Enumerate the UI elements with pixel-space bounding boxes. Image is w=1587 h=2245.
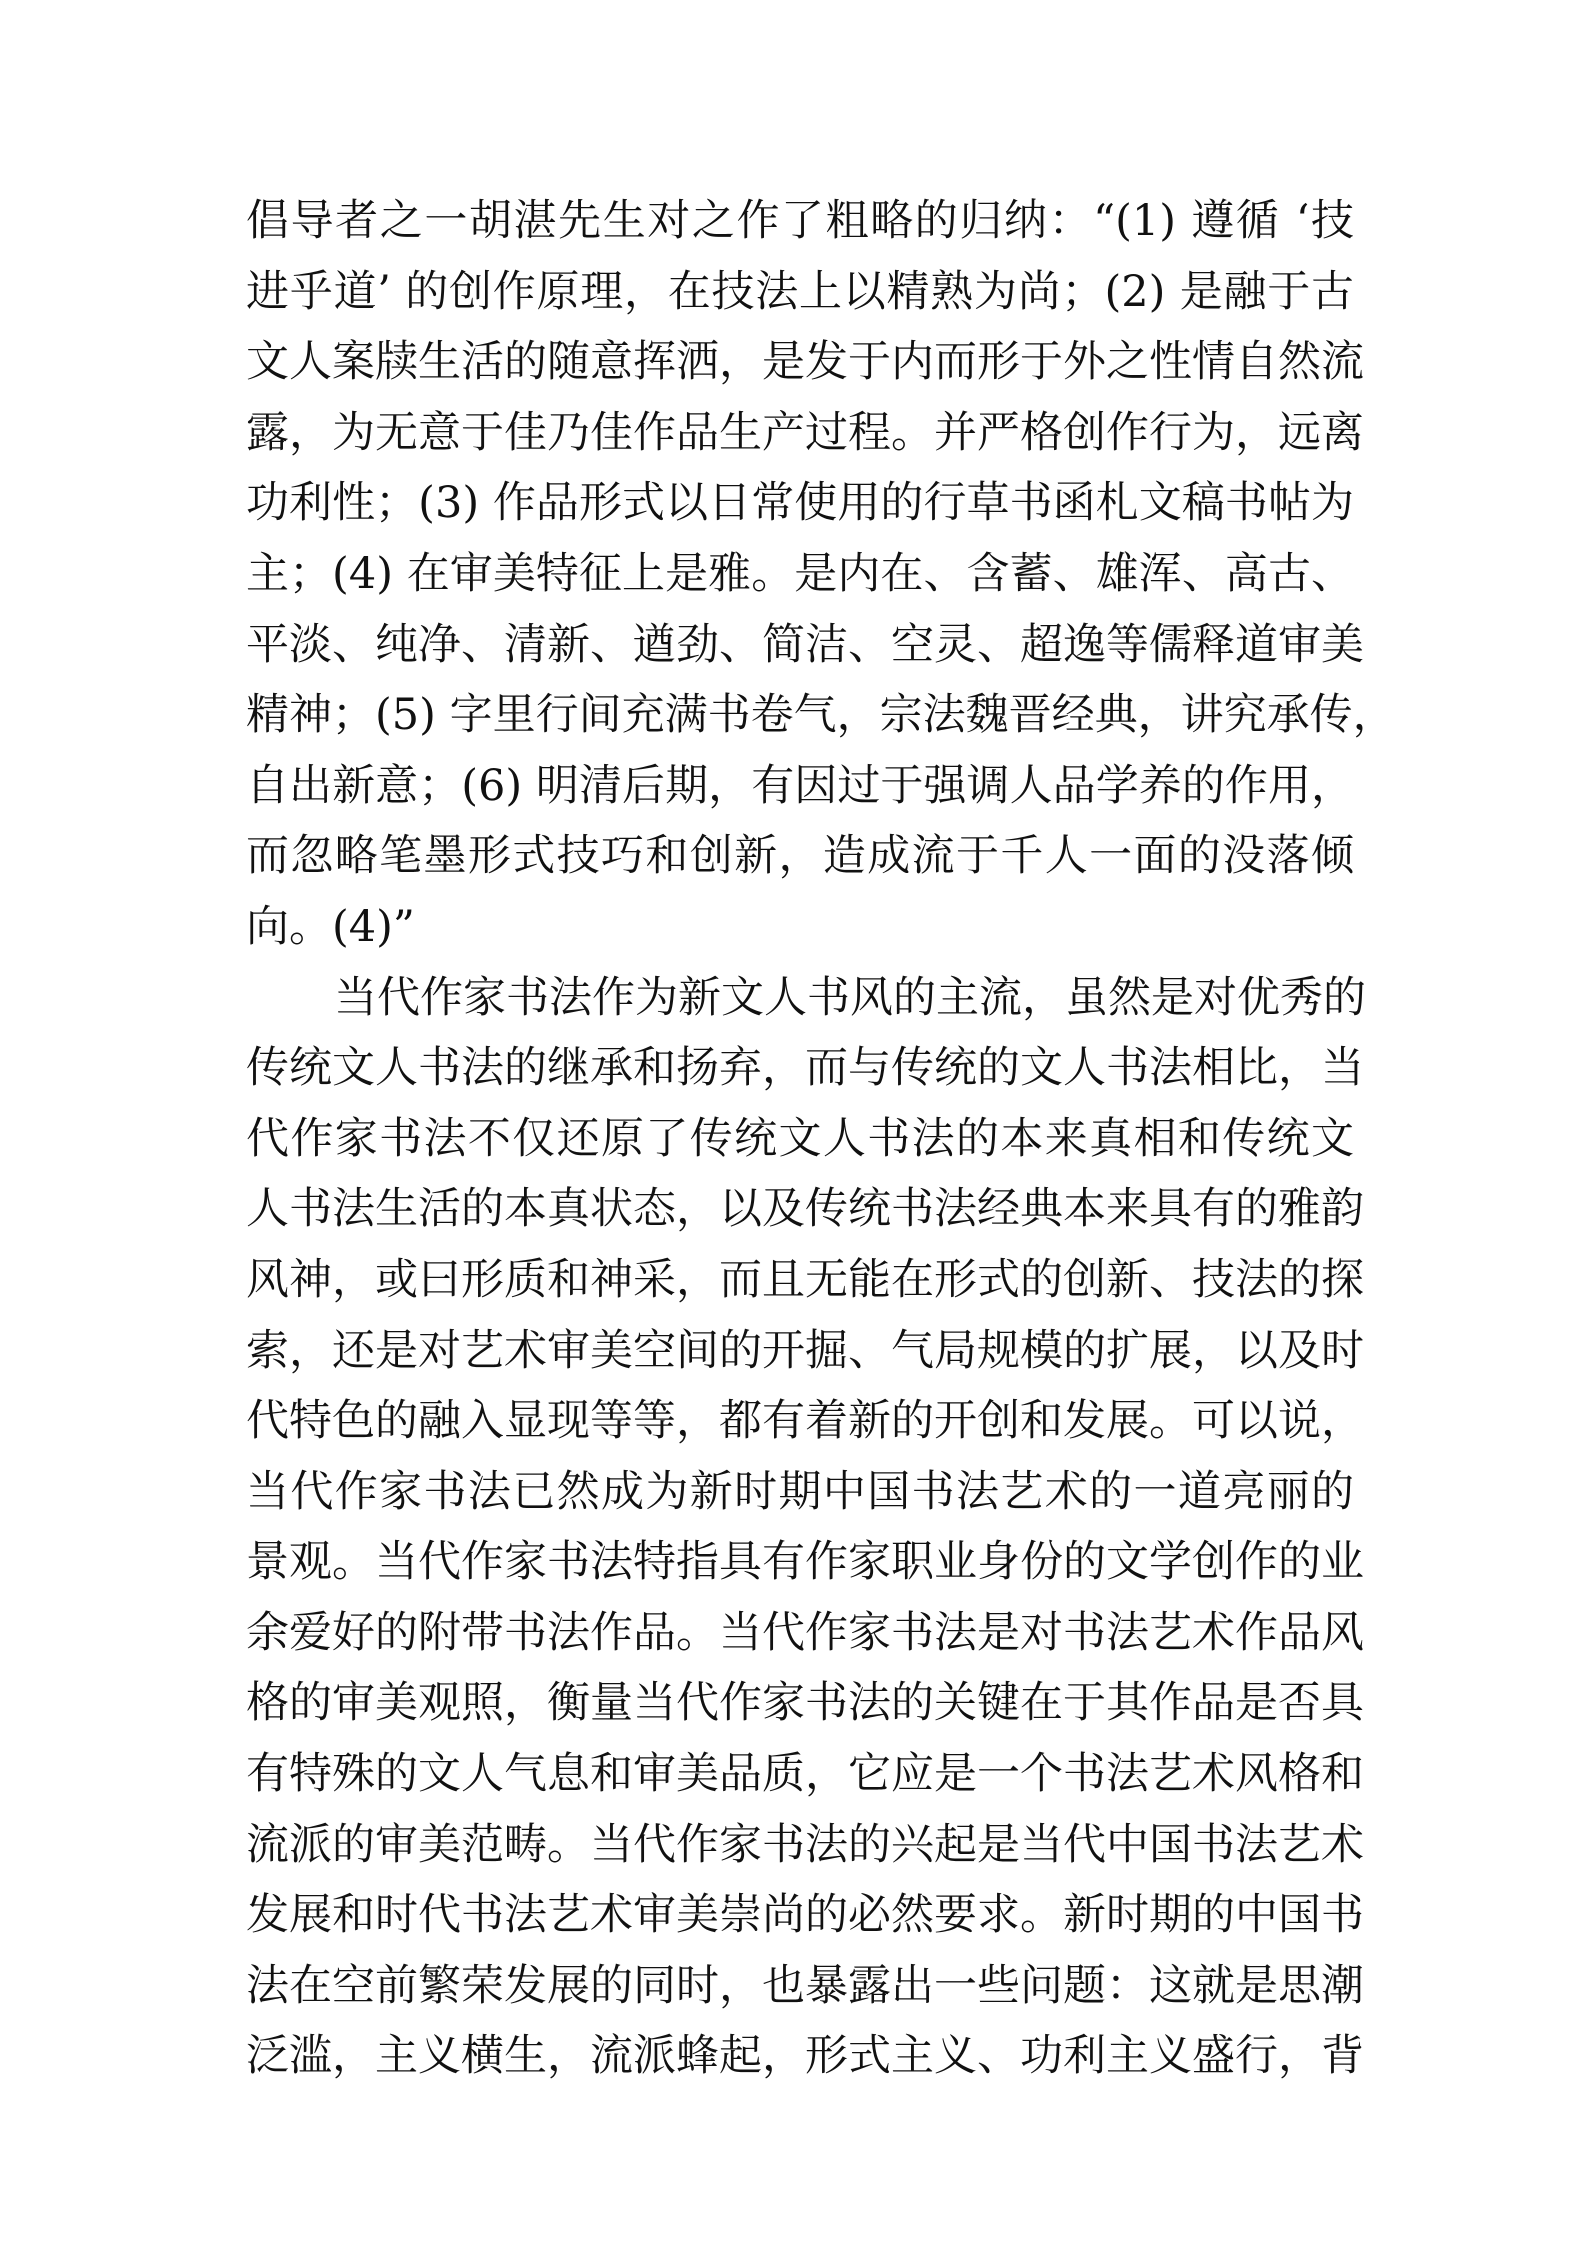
text-line: 功利性；(3) 作品形式以日常使用的行草书函札文稿书帖为 <box>246 468 1354 539</box>
text-line: 索，还是对艺术审美空间的开掘、气局规模的扩展，以及时 <box>246 1316 1354 1387</box>
text-line: 人书法生活的本真状态，以及传统书法经典本来具有的雅韵 <box>246 1174 1354 1245</box>
text-line: 景观。当代作家书法特指具有作家职业身份的文学创作的业 <box>246 1527 1354 1598</box>
text-line: 格的审美观照，衡量当代作家书法的关键在于其作品是否具 <box>246 1668 1354 1739</box>
text-line: 泛滥，主义横生，流派蜂起，形式主义、功利主义盛行，背 <box>246 2021 1354 2092</box>
document-page: 倡导者之一胡湛先生对之作了粗略的归纳：“(1) 遵循 ‘技 进乎道’ 的创作原理… <box>246 186 1354 2092</box>
text-line: 发展和时代书法艺术审美崇尚的必然要求。新时期的中国书 <box>246 1880 1354 1951</box>
text-line-indented: 当代作家书法作为新文人书风的主流，虽然是对优秀的 <box>246 963 1354 1034</box>
text-line: 自出新意；(6) 明清后期，有因过于强调人品学养的作用， <box>246 751 1354 822</box>
text-line: 主；(4) 在审美特征上是雅。是内在、含蓄、雄浑、高古、 <box>246 539 1354 610</box>
text-line: 有特殊的文人气息和审美品质，它应是一个书法艺术风格和 <box>246 1739 1354 1810</box>
text-line: 平淡、纯净、清新、遒劲、简洁、空灵、超逸等儒释道审美 <box>246 610 1354 681</box>
text-line: 文人案牍生活的随意挥洒，是发于内而形于外之性情自然流 <box>246 327 1354 398</box>
text-line: 倡导者之一胡湛先生对之作了粗略的归纳：“(1) 遵循 ‘技 <box>246 186 1354 257</box>
text-line: 代作家书法不仅还原了传统文人书法的本来真相和传统文 <box>246 1104 1354 1175</box>
text-line: 代特色的融入显现等等，都有着新的开创和发展。可以说， <box>246 1386 1354 1457</box>
text-line: 流派的审美范畴。当代作家书法的兴起是当代中国书法艺术 <box>246 1810 1354 1881</box>
text-line: 而忽略笔墨形式技巧和创新，造成流于千人一面的没落倾 <box>246 821 1354 892</box>
text-line-final: 向。(4)” <box>246 892 1354 963</box>
paragraph-contemporary-writers-calligraphy: 当代作家书法作为新文人书风的主流，虽然是对优秀的 传统文人书法的继承和扬弃，而与… <box>246 963 1354 2093</box>
text-line: 进乎道’ 的创作原理，在技法上以精熟为尚；(2) 是融于古 <box>246 257 1354 328</box>
paragraph-hu-zhan-summary: 倡导者之一胡湛先生对之作了粗略的归纳：“(1) 遵循 ‘技 进乎道’ 的创作原理… <box>246 186 1354 963</box>
text-line: 余爱好的附带书法作品。当代作家书法是对书法艺术作品风 <box>246 1598 1354 1669</box>
text-line: 风神，或曰形质和神采，而且无能在形式的创新、技法的探 <box>246 1245 1354 1316</box>
text-line: 露，为无意于佳乃佳作品生产过程。并严格创作行为，远离 <box>246 398 1354 469</box>
text-line: 传统文人书法的继承和扬弃，而与传统的文人书法相比，当 <box>246 1033 1354 1104</box>
text-line: 法在空前繁荣发展的同时，也暴露出一些问题：这就是思潮 <box>246 1951 1354 2022</box>
text-line: 当代作家书法已然成为新时期中国书法艺术的一道亮丽的 <box>246 1457 1354 1528</box>
text-line: 精神；(5) 字里行间充满书卷气，宗法魏晋经典，讲究承传， <box>246 680 1354 751</box>
